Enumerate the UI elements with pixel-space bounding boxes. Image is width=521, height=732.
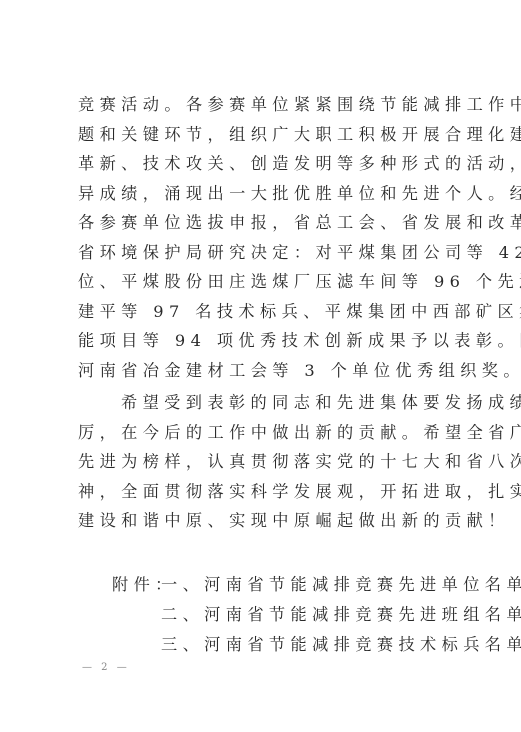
attachment-item: 一、河南省节能减排竞赛先进单位名单 [161, 574, 521, 596]
text-line: 神，全面贯彻落实科学发展观，开拓进取，扎实工作，为 [78, 481, 472, 503]
text-line: 建设和谐中原、实现中原崛起做出新的贡献！ [78, 510, 472, 532]
document-page: 竞赛活动。各参赛单位紧紧围绕节能减排工作中的突出问 题和关键环节，组织广大职工积… [0, 0, 521, 732]
text-line: 希望受到表彰的同志和先进集体要发扬成绩、再接再 [121, 392, 472, 414]
attachment-item: 二、河南省节能减排竞赛先进班组名单 [161, 604, 521, 626]
text-line: 异成绩，涌现出一大批优胜单位和先进个人。经各赛区和 [78, 183, 472, 205]
attachment-item: 三、河南省节能减排竞赛技术标兵名单 [161, 634, 521, 656]
text-line: 竞赛活动。各参赛单位紧紧围绕节能减排工作中的突出问 [78, 94, 472, 116]
text-line: 题和关键环节，组织广大职工积极开展合理化建议、技术 [78, 124, 472, 146]
text-line: 省环境保护局研究决定：对平煤集团公司等 42 个先进单 [78, 242, 472, 264]
page-number: — 2 — [82, 662, 130, 673]
text-line: 位、平煤股份田庄选煤厂压滤车间等 96 个先进班组、陶 [78, 271, 472, 293]
text-line: 厉，在今后的工作中做出新的贡献。希望全省广大职工以 [78, 422, 472, 444]
text-line: 河南省冶金建材工会等 3 个单位优秀组织奖。 [78, 360, 472, 382]
text-line: 革新、技术攻关、创造发明等多种形式的活动，取得了优 [78, 153, 472, 175]
text-line: 各参赛单位选拔申报，省总工会、省发展和改革委员会、 [78, 212, 472, 234]
text-line: 能项目等 94 项优秀技术创新成果予以表彰。同时，授予 [78, 330, 472, 352]
text-line: 先进为榜样，认真贯彻落实党的十七大和省八次党代会精 [78, 451, 472, 473]
text-line: 建平等 97 名技术标兵、平煤集团中西部矿区集中供热节 [78, 301, 472, 323]
